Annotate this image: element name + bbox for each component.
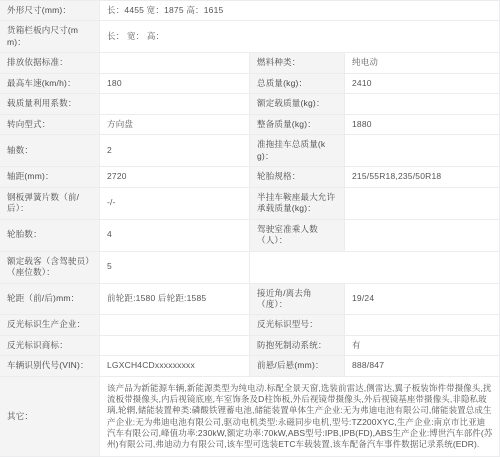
spec-value: 该产品为新能源车辆,新能源类型为纯电动.标配全景天窗,选装前雷达,侧雷达,翼子板… — [100, 377, 500, 457]
spec-value: 5 — [100, 252, 250, 284]
spec-value: 4 — [100, 220, 250, 252]
spec-row: 其它：该产品为新能源车辆,新能源类型为纯电动.标配全景天窗,选装前雷达,侧雷达,… — [0, 377, 500, 457]
spec-label: 驾驶室准乘人数（人）： — [250, 220, 345, 252]
spec-value — [345, 94, 500, 114]
spec-label: 总质量(kg)： — [250, 74, 345, 94]
spec-value: 前轮距:1580 后轮距:1585 — [100, 284, 250, 316]
vehicle-spec-table: 外形尺寸(mm)：长：4455 宽：1875 高：1615货箱栏板内尺寸(mm)… — [0, 0, 500, 457]
spec-value — [345, 315, 500, 335]
spec-value — [100, 94, 250, 114]
spec-value — [100, 315, 250, 335]
spec-label: 前悬/后悬(mm)： — [250, 356, 345, 376]
spec-value: 有 — [345, 336, 500, 356]
spec-label: 最高车速(km/h)： — [0, 74, 100, 94]
spec-label: 轮胎数： — [0, 220, 100, 252]
spec-value: 长：4455 宽：1875 高：1615 — [100, 1, 500, 21]
spec-label: 轮胎规格： — [250, 167, 345, 187]
spec-label: 反光标识型号： — [250, 315, 345, 335]
spec-row: 车辆识别代号(VIN)：LGXCH4CDxxxxxxxxx前悬/后悬(mm)：8… — [0, 356, 500, 376]
spec-label: 轴距(mm)： — [0, 167, 100, 187]
spec-label: 接近角/离去角（度）： — [250, 284, 345, 316]
spec-label: 额定载客（含驾驶员）（座位数）： — [0, 252, 100, 284]
spec-row: 反光标识生产企业：反光标识型号： — [0, 315, 500, 335]
spec-label: 反光标识商标： — [0, 336, 100, 356]
spec-label: 防抱死制动系统： — [250, 336, 345, 356]
spec-value: 2410 — [345, 74, 500, 94]
spec-value: 长： 宽： 高： — [100, 21, 500, 53]
spec-value — [100, 53, 250, 73]
spec-label: 货箱栏板内尺寸(mm)： — [0, 21, 100, 53]
spec-label: 其它： — [0, 377, 100, 457]
spec-row: 钢板弹簧片数（前/后）：-/-半挂车鞍座最大允许承载质量(kg)： — [0, 188, 500, 220]
spec-label: 外形尺寸(mm)： — [0, 1, 100, 21]
spec-value: 215/55R18,235/50R18 — [345, 167, 500, 187]
spec-row: 转向型式：方向盘整备质量(kg)：1880 — [0, 115, 500, 135]
spec-label: 半挂车鞍座最大允许承载质量(kg)： — [250, 188, 345, 220]
spec-label: 排放依据标准： — [0, 53, 100, 73]
spec-blank-cell — [250, 252, 500, 284]
spec-value — [345, 135, 500, 167]
spec-label: 反光标识生产企业： — [0, 315, 100, 335]
spec-value — [100, 336, 250, 356]
spec-row: 反光标识商标：防抱死制动系统：有 — [0, 336, 500, 356]
spec-value: 180 — [100, 74, 250, 94]
spec-label: 车辆识别代号(VIN)： — [0, 356, 100, 376]
spec-label: 转向型式： — [0, 115, 100, 135]
spec-row: 外形尺寸(mm)：长：4455 宽：1875 高：1615 — [0, 1, 500, 21]
spec-row: 轮胎数：4驾驶室准乘人数（人）： — [0, 220, 500, 252]
spec-row: 额定载客（含驾驶员）（座位数）：5 — [0, 252, 500, 284]
spec-label: 燃料种类： — [250, 53, 345, 73]
spec-row: 货箱栏板内尺寸(mm)：长： 宽： 高： — [0, 21, 500, 53]
spec-value: 1880 — [345, 115, 500, 135]
spec-value: LGXCH4CDxxxxxxxxx — [100, 356, 250, 376]
spec-row: 最高车速(km/h)：180总质量(kg)：2410 — [0, 74, 500, 94]
spec-value: 2720 — [100, 167, 250, 187]
spec-label: 轴数： — [0, 135, 100, 167]
spec-value: 19/24 — [345, 284, 500, 316]
spec-value — [345, 220, 500, 252]
spec-value: 方向盘 — [100, 115, 250, 135]
spec-label: 轮距（前/后)mm： — [0, 284, 100, 316]
spec-label: 额定载质量(kg)： — [250, 94, 345, 114]
spec-row: 轮距（前/后)mm：前轮距:1580 后轮距:1585接近角/离去角（度）：19… — [0, 284, 500, 316]
spec-value — [345, 188, 500, 220]
spec-row: 载质量利用系数：额定载质量(kg)： — [0, 94, 500, 114]
spec-value: 2 — [100, 135, 250, 167]
spec-row: 排放依据标准：燃料种类：纯电动 — [0, 53, 500, 73]
spec-value: 纯电动 — [345, 53, 500, 73]
spec-label: 载质量利用系数： — [0, 94, 100, 114]
spec-row: 轴数：2准拖挂车总质量(kg)： — [0, 135, 500, 167]
spec-label: 钢板弹簧片数（前/后）： — [0, 188, 100, 220]
spec-value: -/- — [100, 188, 250, 220]
spec-label: 准拖挂车总质量(kg)： — [250, 135, 345, 167]
spec-row: 轴距(mm)：2720轮胎规格：215/55R18,235/50R18 — [0, 167, 500, 187]
spec-label: 整备质量(kg)： — [250, 115, 345, 135]
spec-value: 888/847 — [345, 356, 500, 376]
